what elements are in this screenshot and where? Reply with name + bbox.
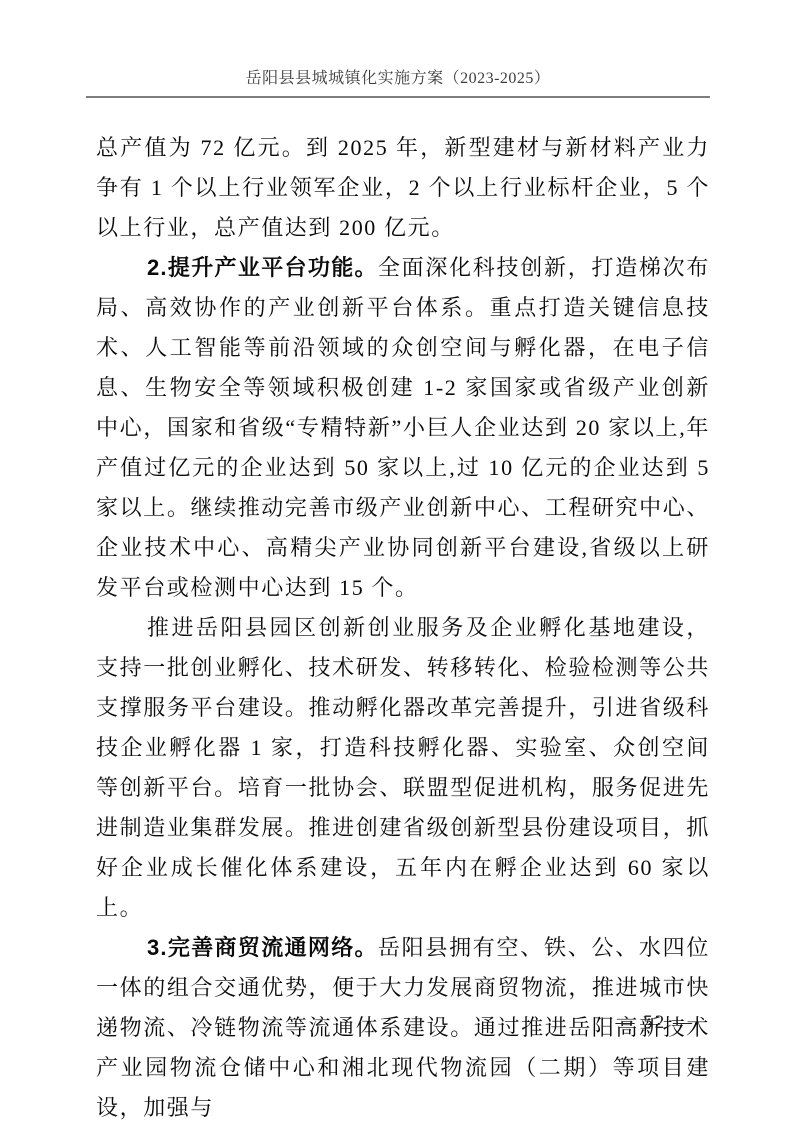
paragraph-3-run-1: 推进岳阳县园区创新创业服务及企业孵化基地建设，支持一批创业孵化、技术研发、转移转… [96, 615, 710, 920]
page-number: — 52 — [616, 1012, 695, 1033]
paragraph-2: 2.提升产业平台功能。全面深化科技创新，打造梯次布局、高效协作的产业创新平台体系… [96, 248, 710, 608]
paragraph-4-run-1: 3.完善商贸流通网络。 [147, 935, 378, 960]
document-header-title: 岳阳县县城城镇化实施方案（2023-2025） [246, 70, 551, 87]
paragraph-2-run-2: 全面深化科技创新，打造梯次布局、高效协作的产业创新平台体系。重点打造关键信息技术… [96, 255, 710, 600]
paragraph-2-run-1: 2.提升产业平台功能。 [147, 255, 378, 280]
page-footer: — 52 — [96, 1010, 694, 1036]
paragraph-3: 推进岳阳县园区创新创业服务及企业孵化基地建设，支持一批创业孵化、技术研发、转移转… [96, 608, 710, 928]
paragraph-1: 总产值为 72 亿元。到 2025 年，新型建材与新材料产业力争有 1 个以上行… [96, 128, 710, 248]
document-body: 总产值为 72 亿元。到 2025 年，新型建材与新材料产业力争有 1 个以上行… [96, 128, 710, 1122]
page-header: 岳阳县县城城镇化实施方案（2023-2025） [86, 68, 710, 98]
document-page: 岳阳县县城城镇化实施方案（2023-2025） 总产值为 72 亿元。到 202… [0, 0, 794, 1122]
paragraph-1-run-1: 总产值为 72 亿元。到 2025 年，新型建材与新材料产业力争有 1 个以上行… [96, 135, 710, 240]
